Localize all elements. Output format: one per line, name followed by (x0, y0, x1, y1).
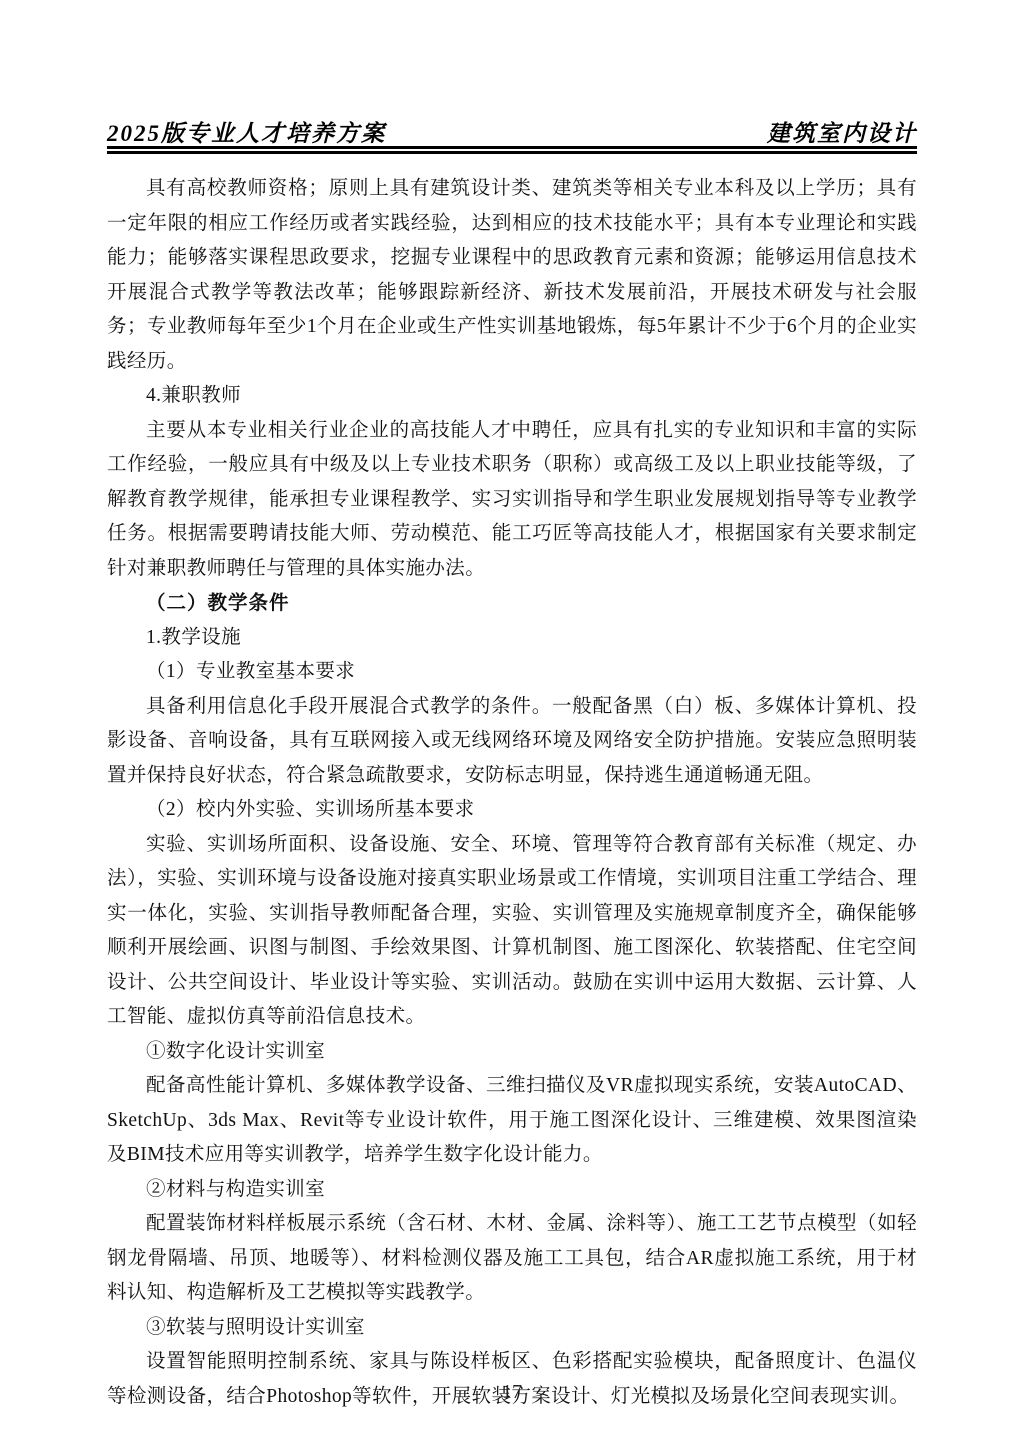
subheading-part-time-teachers: 4.兼职教师 (107, 379, 917, 414)
header-left-title: 2025版专业人才培养方案 (107, 115, 386, 148)
subheading-training-site-requirements: （2）校内外实验、实训场所基本要求 (107, 793, 917, 828)
paragraph-part-time-teachers: 主要从本专业相关行业企业的高技能人才中聘任，应具有扎实的专业知识和丰富的实际工作… (107, 414, 917, 587)
subheading-teaching-facilities: 1.教学设施 (107, 621, 917, 656)
header-double-rule (107, 146, 917, 154)
subheading-classroom-requirements: （1）专业教室基本要求 (107, 655, 917, 690)
subheading-soft-decoration-lighting-lab: ③软装与照明设计实训室 (107, 1311, 917, 1346)
paragraph-digital-design-lab: 配备高性能计算机、多媒体教学设备、三维扫描仪及VR虚拟现实系统，安装AutoCA… (107, 1069, 917, 1173)
page-header: 2025版专业人才培养方案 建筑室内设计 (107, 114, 917, 148)
header-right-title: 建筑室内设计 (767, 115, 917, 148)
page-number: 17 (0, 1381, 1024, 1404)
paragraph-training-site-requirements: 实验、实训场所面积、设备设施、安全、环境、管理等符合教育部有关标准（规定、办法）… (107, 828, 917, 1035)
heading-teaching-conditions: （二）教学条件 (107, 586, 917, 621)
subheading-materials-construction-lab: ②材料与构造实训室 (107, 1173, 917, 1208)
subheading-digital-design-lab: ①数字化设计实训室 (107, 1035, 917, 1070)
document-page: 2025版专业人才培养方案 建筑室内设计 具有高校教师资格；原则上具有建筑设计类… (0, 0, 1024, 1448)
paragraph-classroom-requirements: 具备利用信息化手段开展混合式教学的条件。一般配备黑（白）板、多媒体计算机、投影设… (107, 690, 917, 794)
document-body: 具有高校教师资格；原则上具有建筑设计类、建筑类等相关专业本科及以上学历；具有一定… (107, 172, 917, 1414)
paragraph-materials-construction-lab: 配置装饰材料样板展示系统（含石材、木材、金属、涂料等）、施工工艺节点模型（如轻钢… (107, 1207, 917, 1311)
paragraph-teacher-qualifications: 具有高校教师资格；原则上具有建筑设计类、建筑类等相关专业本科及以上学历；具有一定… (107, 172, 917, 379)
